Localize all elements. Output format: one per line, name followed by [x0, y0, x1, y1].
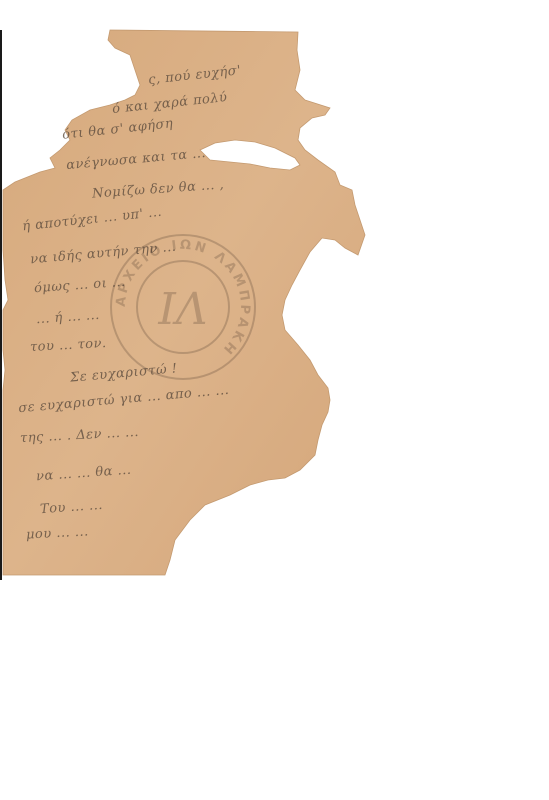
svg-text:ΙΛ: ΙΛ — [157, 284, 207, 335]
document-page: ς, πού ευχήσ' ό και χαρά πολύ ότι θα σ' … — [0, 0, 549, 800]
archive-stamp: ΑΡΧΕΙΟ ΙΩΝ ΛΑΜΠΡΑΚΗ ΙΛ — [108, 232, 258, 382]
